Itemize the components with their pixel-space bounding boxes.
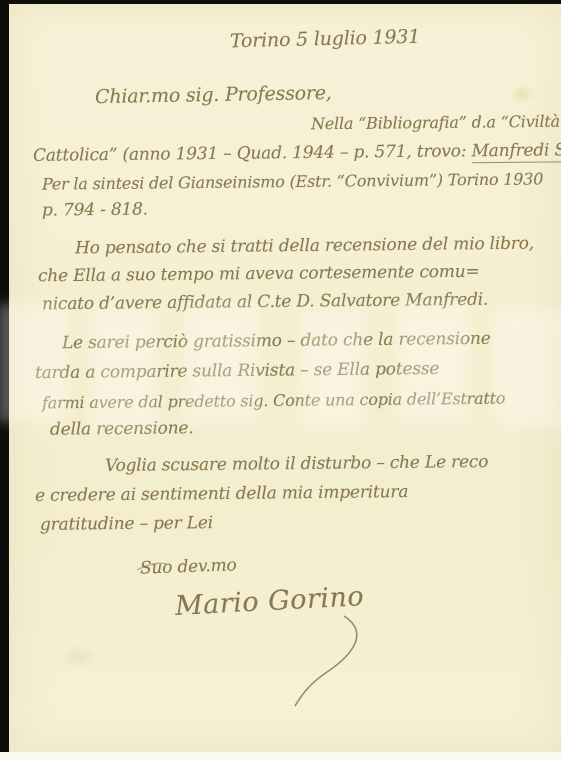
body-line-9: tarda a comparire sulla Rivista – se Ell… [35,359,439,383]
cited-author-underlined: Manfredi S., [471,140,561,163]
dateline: Torino 5 luglio 1931 [230,26,421,53]
scan-bottom-edge [0,752,561,760]
paper-stain [59,644,99,670]
paper-stain [509,84,535,104]
body-line-2-text: Cattolica” (anno 1931 – Quad. 1944 – p. … [33,141,472,166]
body-line-6: che Ella a suo tempo mi aveva cortesemen… [38,262,480,287]
body-line-10: farmi avere dal predetto sig. Conte una … [42,389,506,413]
salutation: Chiar.mo sig. Professore, [95,82,332,108]
closing-valediction: Suo dev.mo [140,555,237,578]
body-line-2: Cattolica” (anno 1931 – Quad. 1944 – p. … [33,140,561,166]
letter-paper: Torino 5 luglio 1931 Chiar.mo sig. Profe… [9,4,561,752]
body-line-11: della recensione. [50,418,194,440]
body-line-14: gratitudine – per Lei [40,513,213,535]
watermark-block [495,308,561,426]
body-line-8: Le sarei perciò gratissimo – dato che la… [62,329,491,353]
scanned-letter: Torino 5 luglio 1931 Chiar.mo sig. Profe… [0,0,561,760]
body-line-3: Per la sintesi del Gianseinismo (Estr. “… [42,169,543,193]
body-line-4: p. 794 - 818. [42,199,148,220]
body-line-13: e credere ai sentimenti della mia imperi… [35,482,408,506]
signature: Mario Gorino [174,581,365,622]
body-line-1: Nella “Bibliografia” d.a “Civiltà [311,112,560,134]
body-line-7: nicato d’avere affidata al C.te D. Salva… [42,290,488,315]
body-line-5: Ho pensato che si tratti della recension… [75,234,534,259]
body-line-12: Voglia scusare molto il disturbo – che L… [105,452,488,476]
